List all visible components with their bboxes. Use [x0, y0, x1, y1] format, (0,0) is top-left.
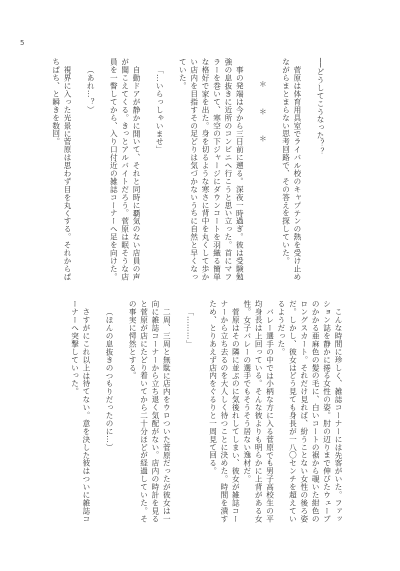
text-line: 均身長は上回っている。そんな彼よりも明らかに上背がある女 — [253, 300, 264, 528]
text-line: ション誌を静かに捲る女性の姿。肘の辺りまで伸びたウェーブ — [321, 300, 332, 528]
text-line: ちぱち、と瞬きを数回。 — [50, 58, 61, 276]
thought-line: （あれ…？） — [85, 58, 96, 276]
text-line: ながらまとまらない思考回路で、その答えを探していた。 — [280, 58, 291, 276]
text-line: ラーを巻いて、寒空の下ジャージにダウンコートを羽織る簡単 — [211, 58, 222, 276]
text-line: のかかる亜麻色の髪の毛に、白いコートの裾から覗いた紺色の — [310, 300, 321, 528]
text-line: 事の発端は今から三日前に遡る。深夜一時過ぎ。彼は受験勉 — [234, 58, 245, 276]
text-line: と菅原が店にたどり着いてから二十分ほどが経過していた。そ — [138, 300, 149, 528]
text-line: ロングスカート。それだけ見れば、紛うことない女性の後ろ姿 — [298, 300, 309, 528]
text-line: 視界に入った光景に菅原は思わず目を丸くする。それからぱ — [62, 58, 73, 276]
dialogue-line: 「…いらっしゃいませ」 — [154, 58, 165, 276]
text-line: い店内を目指すその足どりは気づかないうちに自然と早くなっ — [188, 58, 199, 276]
text-line: ため、とりあえず店内をぐるりと一周見て回る。 — [207, 300, 218, 528]
thought-line: （ほんの息抜きのつもりだったのに…） — [104, 300, 115, 528]
text-line: 菅原はその隣に並ぶのに気後れしてしまい、彼女が雑誌コー — [230, 300, 241, 528]
upper-text-block: ──どうしてこうなった？？ 菅原は体育用具室でライバル校のキャプテンの熱を受け止… — [68, 58, 326, 276]
text-line: な格好で家を出た。身を切るような寒さに背中を丸くして歩か — [200, 58, 211, 276]
text-line: さすがにこれ以上は待てない。意を決した彼はついに雑誌コ — [81, 300, 92, 528]
text-line: 二周、三周と無駄に店内をウロついた菅原だったが彼女は一 — [161, 300, 172, 528]
text-line: ていた。 — [177, 58, 188, 276]
text-line: 員を一瞥してから、入り口付近の雑誌コーナーへ足を向けた。 — [108, 58, 119, 276]
text-line: るようだった。 — [276, 300, 287, 528]
text-line: バレー選手の中では小柄な方に入る菅原でも男子高校生の平 — [264, 300, 275, 528]
text-line: 自動ドアが静かに開いて、それと同時に覇気のない店員の声 — [131, 58, 142, 276]
lower-text-block: こんな時間に珍しく、雑誌コーナーには先客がいた。ファッ ション誌を静かに捲る女性… — [54, 300, 344, 528]
text-line: が聞こえてくる。きっとアルバイトだろう。菅原は眠そうな店 — [119, 58, 130, 276]
text-line: の事実に愕然とする。 — [127, 300, 138, 528]
text-line: こんな時間に珍しく、雑誌コーナーには先客がいた。ファッ — [333, 300, 344, 528]
text-line: 菅原は体育用具室でライバル校のキャプテンの熱を受け止め — [292, 58, 303, 276]
text-line: ーナーへ突撃していった。 — [69, 300, 80, 528]
text-line: 向に雑誌コーナーから立ち退く気配がない。店内の時計を見る — [150, 300, 161, 528]
page-number: 5 — [20, 39, 24, 47]
text-line: 強の息抜きに近所のコンビニへ行こうと思い立った。首にマフ — [223, 58, 234, 276]
text-line: ──どうしてこうなった？？ — [315, 58, 326, 276]
text-line: 性。女子バレーの選手でもそうそう居ない逸材だ。 — [241, 300, 252, 528]
text-line: だ。しかし、彼女はどう見ても身長が一八〇センチを超えてい — [287, 300, 298, 528]
text-line: ナーから立ち去るのを大人しく待つことに決めた。時間を潰す — [219, 300, 230, 528]
section-break: ＊ ＊ ＊ — [257, 58, 268, 276]
dialogue-line: 「………」 — [184, 300, 195, 528]
